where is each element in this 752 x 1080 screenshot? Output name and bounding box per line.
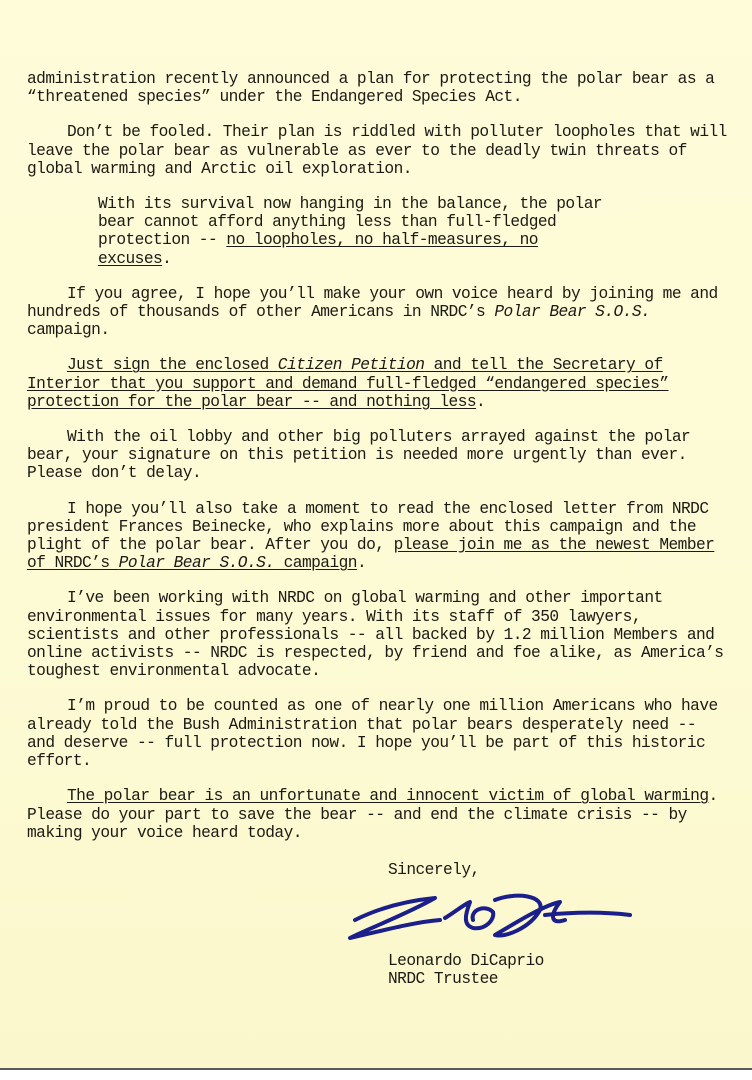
paragraph-end: . xyxy=(476,393,485,411)
paragraph-emphasis: campaign xyxy=(274,554,356,572)
page-bottom-edge xyxy=(0,1068,752,1080)
paragraph-oil-lobby: With the oil lobby and other big pollute… xyxy=(27,428,727,483)
letter-body: administration recently announced a plan… xyxy=(27,70,727,859)
paragraph-proud-to-be-counted: I’m proud to be counted as one of nearly… xyxy=(27,697,727,770)
paragraph-end: campaign. xyxy=(27,321,109,339)
signer-block: Leonardo DiCaprio NRDC Trustee xyxy=(388,952,544,988)
blockquote-end: . xyxy=(162,250,171,268)
paragraph-enclosed-letter: I hope you’ll also take a moment to read… xyxy=(27,500,727,573)
closing-salutation: Sincerely, xyxy=(388,861,480,879)
blockquote-survival: With its survival now hanging in the bal… xyxy=(98,195,608,268)
signature-icon xyxy=(345,890,635,950)
paragraph-sign-petition: Just sign the enclosed Citizen Petition … xyxy=(27,356,727,411)
paragraph-end: . xyxy=(357,554,366,572)
paragraph-if-you-agree: If you agree, I hope you’ll make your ow… xyxy=(27,285,727,340)
paragraph-text: Just sign the enclosed xyxy=(67,356,278,374)
petition-name: Citizen Petition xyxy=(278,356,425,374)
paragraph-emphasis: The polar bear is an unfortunate and inn… xyxy=(67,787,709,805)
campaign-name: Polar Bear S.O.S. xyxy=(119,554,275,572)
campaign-name: Polar Bear S.O.S. xyxy=(494,303,650,321)
letter-page: administration recently announced a plan… xyxy=(0,0,752,1068)
signer-title: NRDC Trustee xyxy=(388,970,544,988)
paragraph-innocent-victim: The polar bear is an unfortunate and inn… xyxy=(27,787,727,842)
paragraph-dont-be-fooled: Don’t be fooled. Their plan is riddled w… xyxy=(27,123,727,178)
paragraph-working-with-nrdc: I’ve been working with NRDC on global wa… xyxy=(27,589,727,680)
signer-name: Leonardo DiCaprio xyxy=(388,952,544,970)
paragraph-administration-plan: administration recently announced a plan… xyxy=(27,70,727,106)
